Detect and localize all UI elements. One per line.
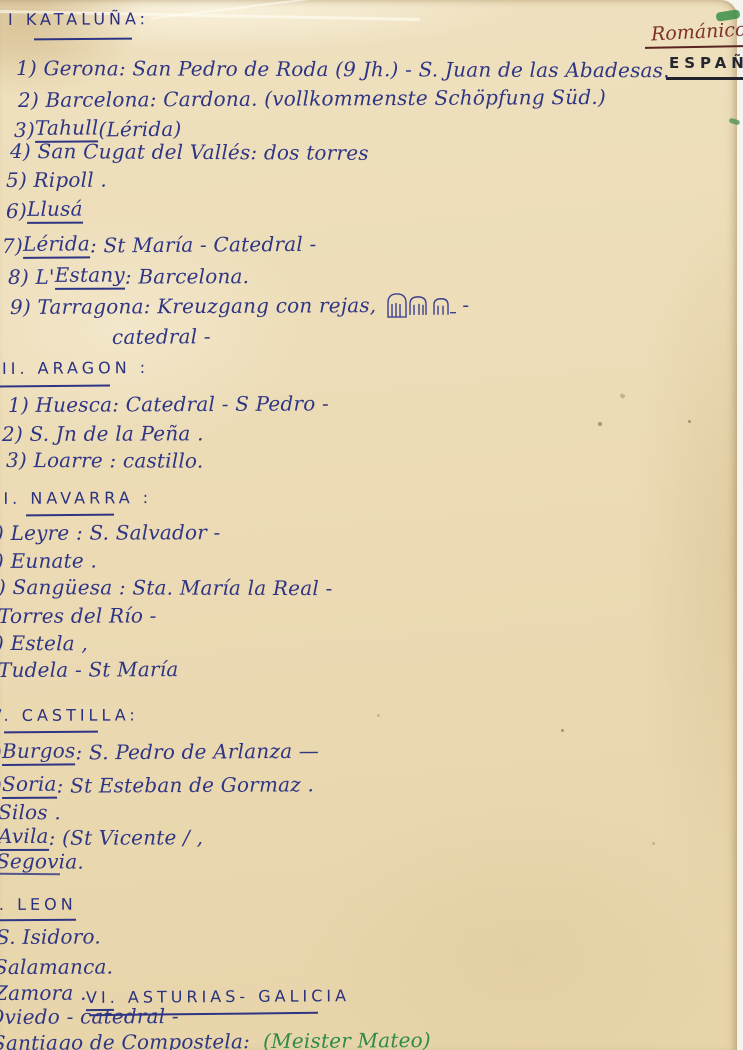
list-item: Avila: (St Vicente / ,: [0, 823, 203, 851]
heading-underline: [26, 514, 114, 517]
paper-speck: [688, 420, 691, 423]
list-item: Silos .: [0, 800, 61, 824]
item-underlined-word: Llusá: [27, 197, 83, 224]
paper-speck: [652, 842, 655, 845]
list-item: 1) Gerona: San Pedro de Roda (9 Jh.) - S…: [16, 56, 670, 82]
list-item: 9) Tarragona: Kreuzgang con rejas, -: [10, 291, 469, 321]
list-item: 2) Barcelona: Cardona. (vollkommenste Sc…: [18, 85, 606, 112]
espana-underline: [666, 77, 743, 80]
list-item: ) Eunate .: [0, 548, 97, 573]
paper-speck: [377, 714, 380, 717]
green-ink-dash: [728, 117, 740, 125]
list-item: ) Estela ,: [0, 631, 88, 655]
corner-label-romanico: Románico: [650, 19, 743, 46]
item-underlined-word: Lérida: [23, 231, 90, 258]
item-text: 8) L': [8, 264, 55, 288]
item-text: (Lérida): [98, 116, 181, 141]
list-item: 7) Lérida: St María - Catedral -: [2, 230, 317, 259]
list-item: ) Soria: St Esteban de Gormaz .: [0, 770, 314, 799]
paper-sheet: Románico ESPAÑA I KATALUÑA: 1) Gerona: S…: [0, 0, 737, 1050]
item-text: Santiago de Compostela:: [0, 1029, 250, 1050]
paper-speck: [561, 729, 564, 732]
item-underlined-word: Estany: [55, 263, 125, 290]
list-item: 4) San Cugat del Vallés: dos torres: [10, 139, 369, 165]
list-item: Torres del Río -: [0, 603, 157, 628]
item-text: -: [462, 293, 469, 317]
section-heading-aragon: II. ARAGON :: [2, 358, 149, 378]
scanned-handwritten-page: { "document_type": "handwritten-notes", …: [0, 0, 743, 1050]
list-item: 6) Llusá: [6, 197, 83, 224]
list-item: Santiago de Compostela: (Meister Mateo): [0, 1028, 431, 1050]
list-item: S. Isidoro.: [0, 924, 101, 949]
section-heading-castilla: IV. CASTILLA:: [0, 705, 139, 725]
paper-speck: [619, 393, 625, 399]
item-underlined-word: Burgos: [2, 738, 76, 766]
list-item: 8) L'Estany: Barcelona.: [8, 262, 249, 290]
list-item: ) Burgos: S. Pedro de Arlanza —: [0, 737, 319, 766]
heading-underline: [0, 385, 110, 388]
paper-crease: [151, 0, 340, 20]
list-item: 1) Huesca: Catedral - S Pedro -: [8, 391, 329, 417]
item-underlined-word: Soria: [2, 772, 57, 799]
list-item: 5) Ripoll .: [6, 168, 107, 192]
corner-label-espana: ESPAÑA: [669, 54, 743, 72]
list-item: Zamora .: [0, 981, 87, 1005]
item-text: : (St Vicente / ,: [49, 825, 204, 850]
section-heading-cataluna: I KATALUÑA:: [8, 9, 149, 29]
romanico-underline: [645, 45, 743, 49]
segovia-underline: [0, 873, 60, 876]
rejas-doodle-icon: [386, 291, 458, 319]
list-item: 3) Loarre : castillo.: [6, 448, 203, 473]
item-text: 6): [6, 198, 27, 222]
item-text: : St Esteban de Gormaz .: [57, 772, 315, 797]
list-item: ) Sangüesa : Sta. María la Real -: [0, 575, 332, 600]
item-text-green: (Meister Mateo): [263, 1028, 431, 1050]
paper-speck: [598, 422, 602, 426]
item-text: 3): [14, 117, 35, 141]
list-item: Tudela - St María: [0, 657, 178, 682]
item-text: : S. Pedro de Arlanza —: [75, 738, 319, 764]
list-item: catedral -: [112, 324, 211, 349]
heading-underline: [4, 731, 98, 734]
heading-underline: [0, 919, 76, 922]
list-item: Segovia.: [0, 849, 84, 874]
list-item: Salamanca.: [0, 955, 113, 979]
heading-underline: [34, 38, 132, 41]
item-text: 9) Tarragona: Kreuzgang con rejas,: [10, 293, 376, 319]
list-item: ) Leyre : S. Salvador -: [0, 520, 221, 545]
list-item: 2) S. Jn de la Peña .: [2, 421, 204, 446]
section-heading-leon: V. LEON: [0, 895, 77, 914]
item-text: : St María - Catedral -: [90, 231, 317, 257]
list-item: Oviedo - catedral -: [0, 1004, 179, 1029]
item-underlined-word: Avila: [0, 824, 49, 851]
item-text: 7): [2, 233, 23, 257]
item-text: : Barcelona.: [125, 264, 249, 288]
section-heading-navarra: III. NAVARRA :: [0, 488, 152, 508]
